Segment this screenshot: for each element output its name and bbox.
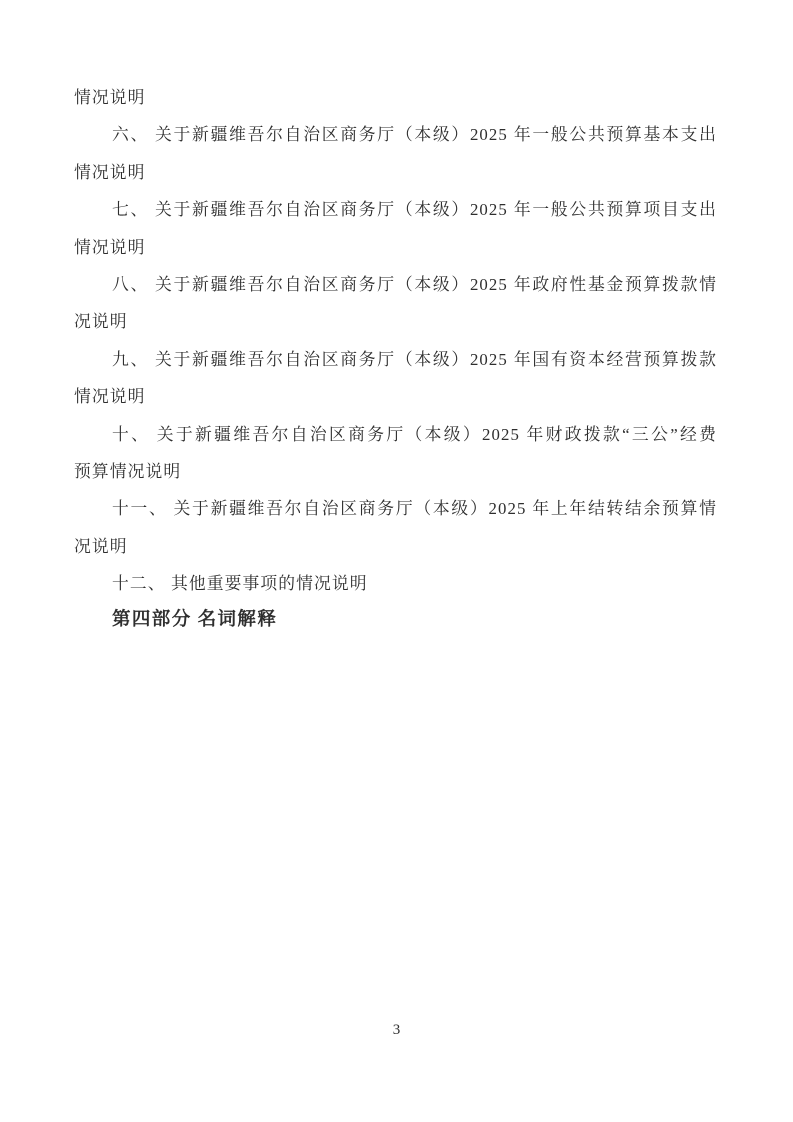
toc-item-ten: 十、 关于新疆维吾尔自治区商务厅（本级）2025 年财政拨款“三公”经费 [74, 416, 717, 453]
toc-item-twelve: 十二、 其他重要事项的情况说明 [74, 565, 717, 602]
toc-continuation-prev: 情况说明 [74, 79, 717, 116]
page-number: 3 [0, 1019, 793, 1041]
toc-item-eight: 八、 关于新疆维吾尔自治区商务厅（本级）2025 年政府性基金预算拨款情 [74, 266, 717, 303]
toc-item-ten-continuation: 预算情况说明 [74, 453, 717, 490]
toc-item-eleven-continuation: 况说明 [74, 528, 717, 565]
toc-item-nine: 九、 关于新疆维吾尔自治区商务厅（本级）2025 年国有资本经营预算拨款 [74, 341, 717, 378]
toc-item-six: 六、 关于新疆维吾尔自治区商务厅（本级）2025 年一般公共预算基本支出 [74, 116, 717, 153]
toc-item-seven: 七、 关于新疆维吾尔自治区商务厅（本级）2025 年一般公共预算项目支出 [74, 191, 717, 228]
toc-content: 情况说明 六、 关于新疆维吾尔自治区商务厅（本级）2025 年一般公共预算基本支… [74, 79, 717, 640]
document-page: 情况说明 六、 关于新疆维吾尔自治区商务厅（本级）2025 年一般公共预算基本支… [0, 0, 793, 1122]
toc-item-eight-continuation: 况说明 [74, 303, 717, 340]
part-four-heading: 第四部分 名词解释 [74, 602, 717, 639]
toc-item-nine-continuation: 情况说明 [74, 378, 717, 415]
toc-item-eleven: 十一、 关于新疆维吾尔自治区商务厅（本级）2025 年上年结转结余预算情 [74, 490, 717, 527]
toc-item-seven-continuation: 情况说明 [74, 229, 717, 266]
toc-item-six-continuation: 情况说明 [74, 154, 717, 191]
